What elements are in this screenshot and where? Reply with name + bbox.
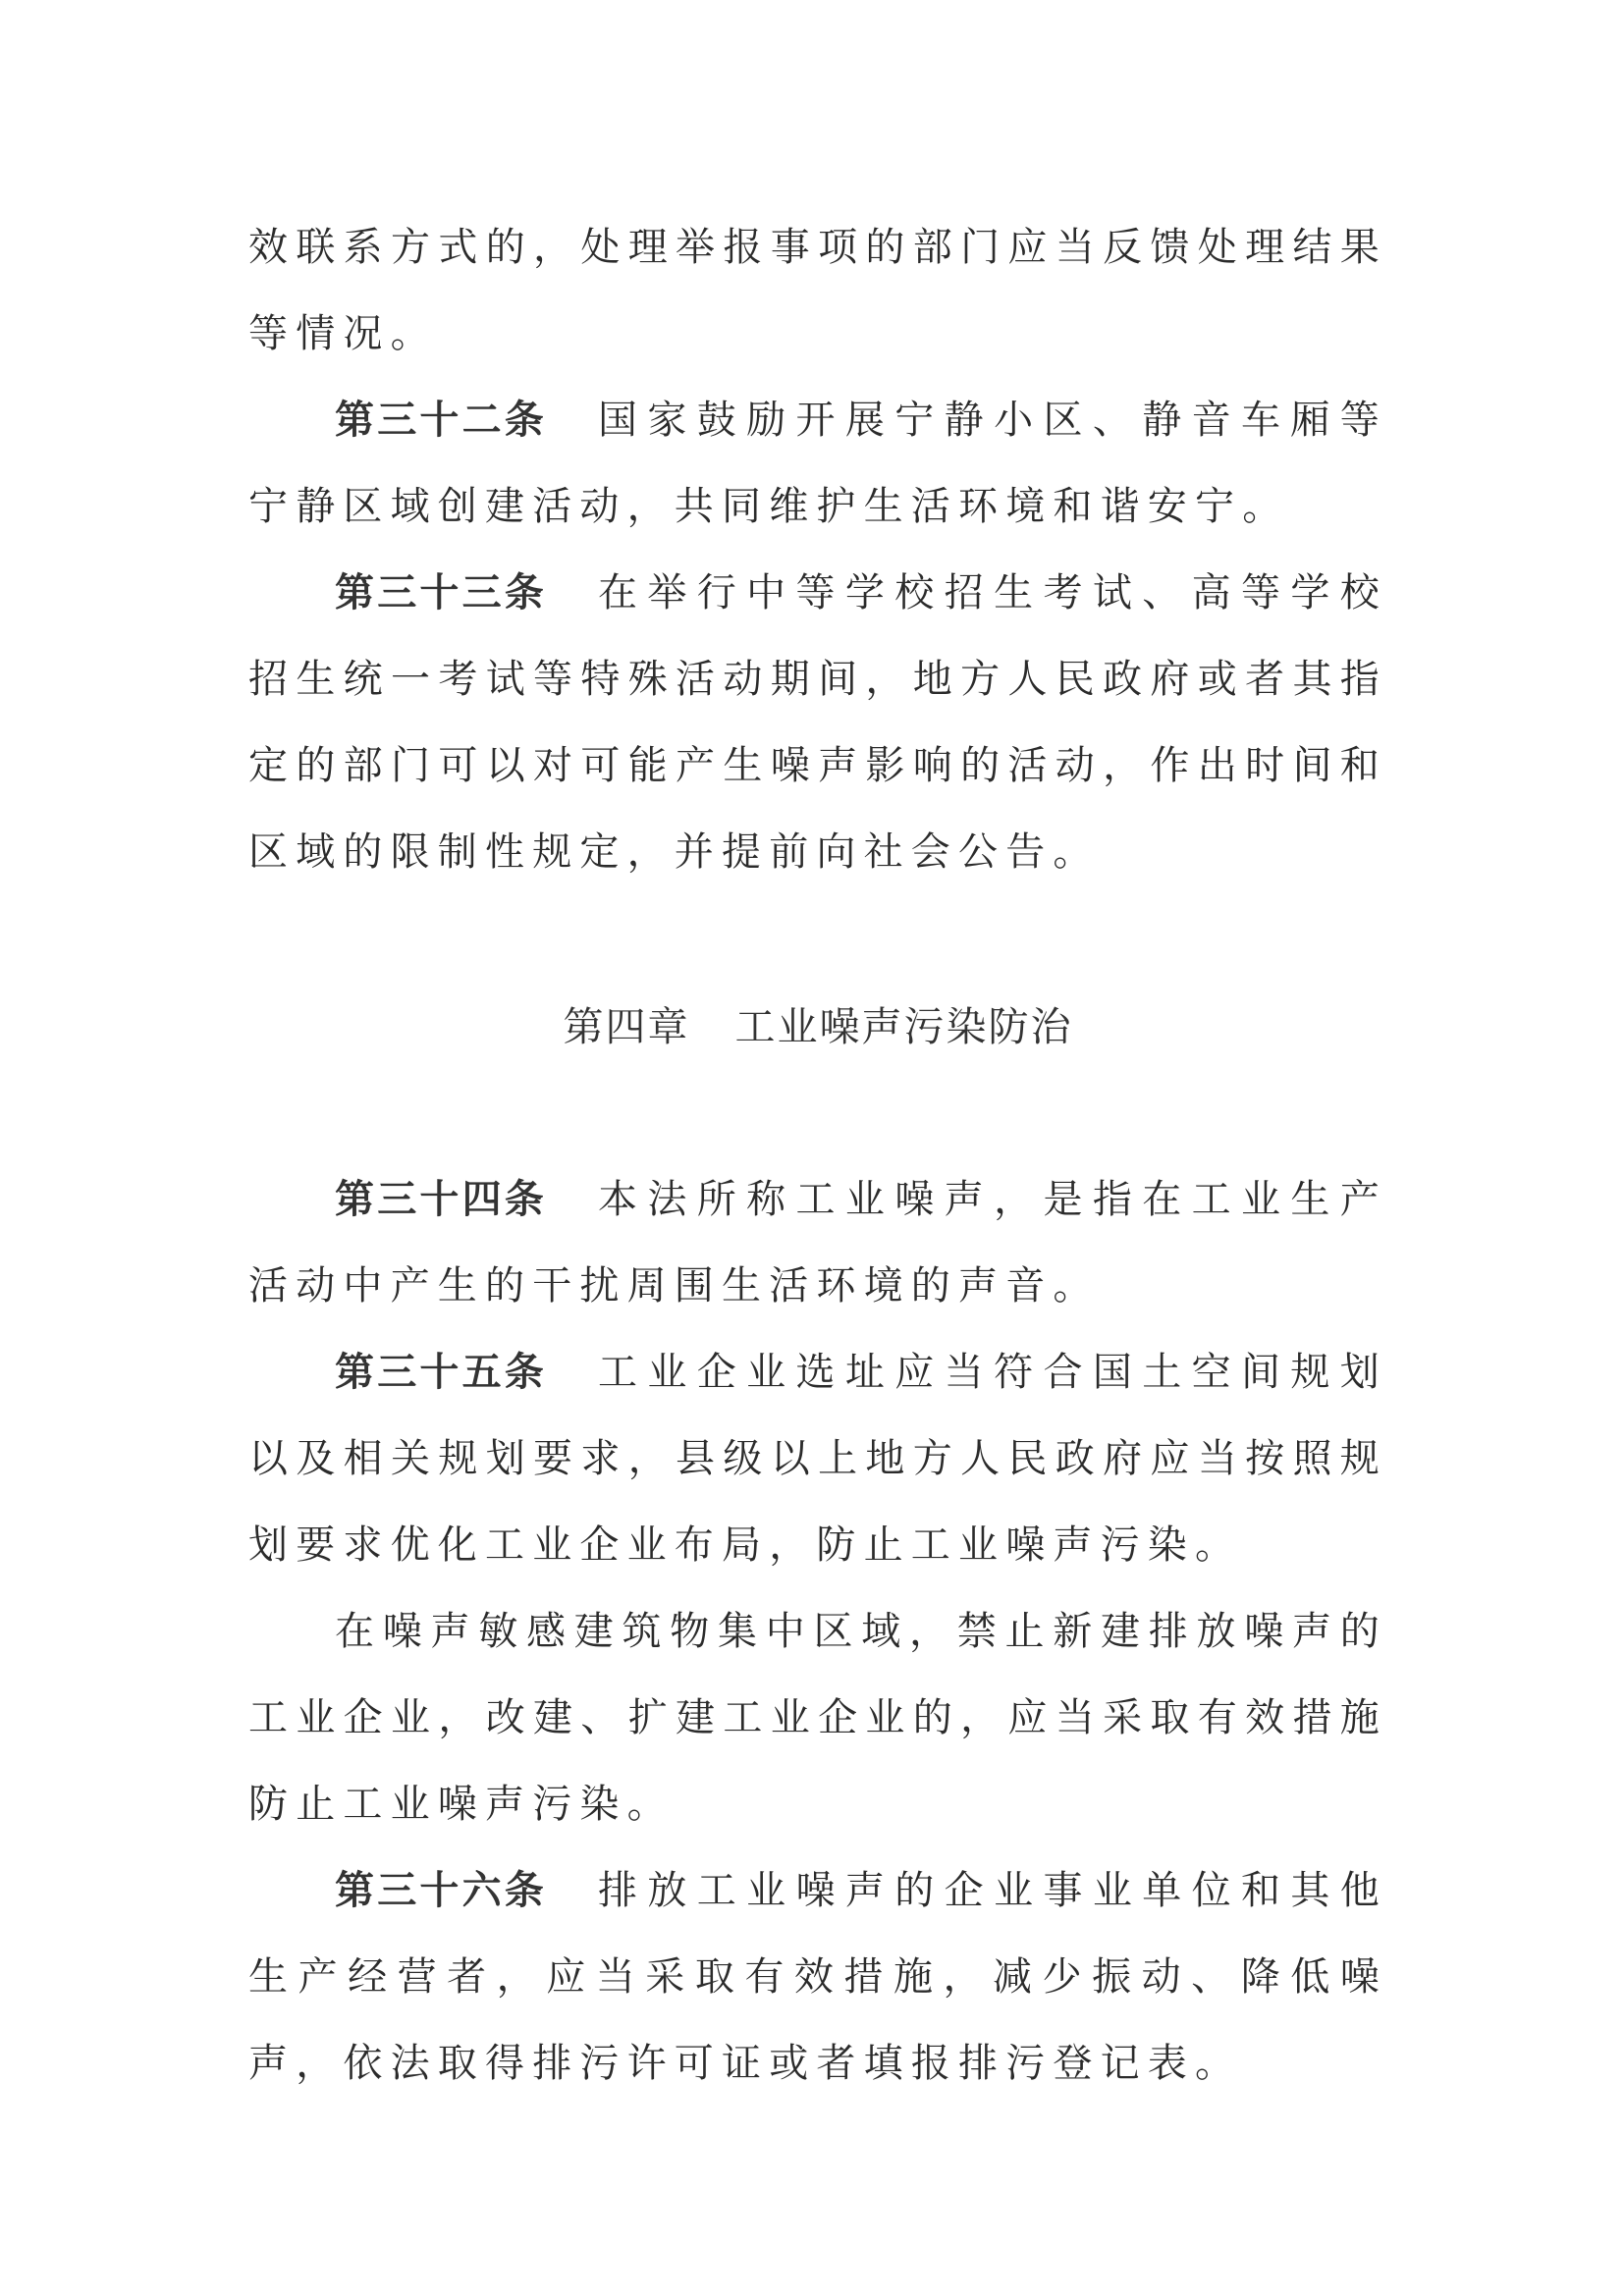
article-34: 第三十四条本法所称工业噪声，是指在工业生产活动中产生的干扰周围生活环境的声音。 — [248, 1156, 1387, 1329]
article-number: 第三十二条 — [335, 398, 547, 443]
continuation-paragraph: 效联系方式的，处理举报事项的部门应当反馈处理结果等情况。 — [248, 204, 1387, 377]
chapter-title: 工业噪声污染防治 — [735, 1003, 1073, 1050]
article-number: 第三十四条 — [335, 1177, 547, 1222]
document-page: 效联系方式的，处理举报事项的部门应当反馈处理结果等情况。 第三十二条国家鼓励开展… — [248, 204, 1387, 2107]
article-32: 第三十二条国家鼓励开展宁静小区、静音车厢等宁静区域创建活动，共同维护生活环境和谐… — [248, 377, 1387, 550]
article-number: 第三十三条 — [335, 570, 547, 615]
article-36: 第三十六条排放工业噪声的企业事业单位和其他生产经营者，应当采取有效措施，减少振动… — [248, 1847, 1387, 2107]
article-text: 在举行中等学校招生考试、高等学校招生统一考试等特殊活动期间，地方人民政府或者其指… — [248, 570, 1387, 875]
article-35-paragraph-2: 在噪声敏感建筑物集中区域，禁止新建排放噪声的工业企业，改建、扩建工业企业的，应当… — [248, 1588, 1387, 1847]
article-35: 第三十五条工业企业选址应当符合国土空间规划以及相关规划要求，县级以上地方人民政府… — [248, 1329, 1387, 1588]
article-number: 第三十五条 — [335, 1350, 547, 1395]
article-33: 第三十三条在举行中等学校招生考试、高等学校招生统一考试等特殊活动期间，地方人民政… — [248, 550, 1387, 895]
chapter-number: 第四章 — [564, 1003, 690, 1050]
chapter-heading: 第四章工业噪声污染防治 — [248, 984, 1387, 1070]
article-number: 第三十六条 — [335, 1868, 547, 1913]
